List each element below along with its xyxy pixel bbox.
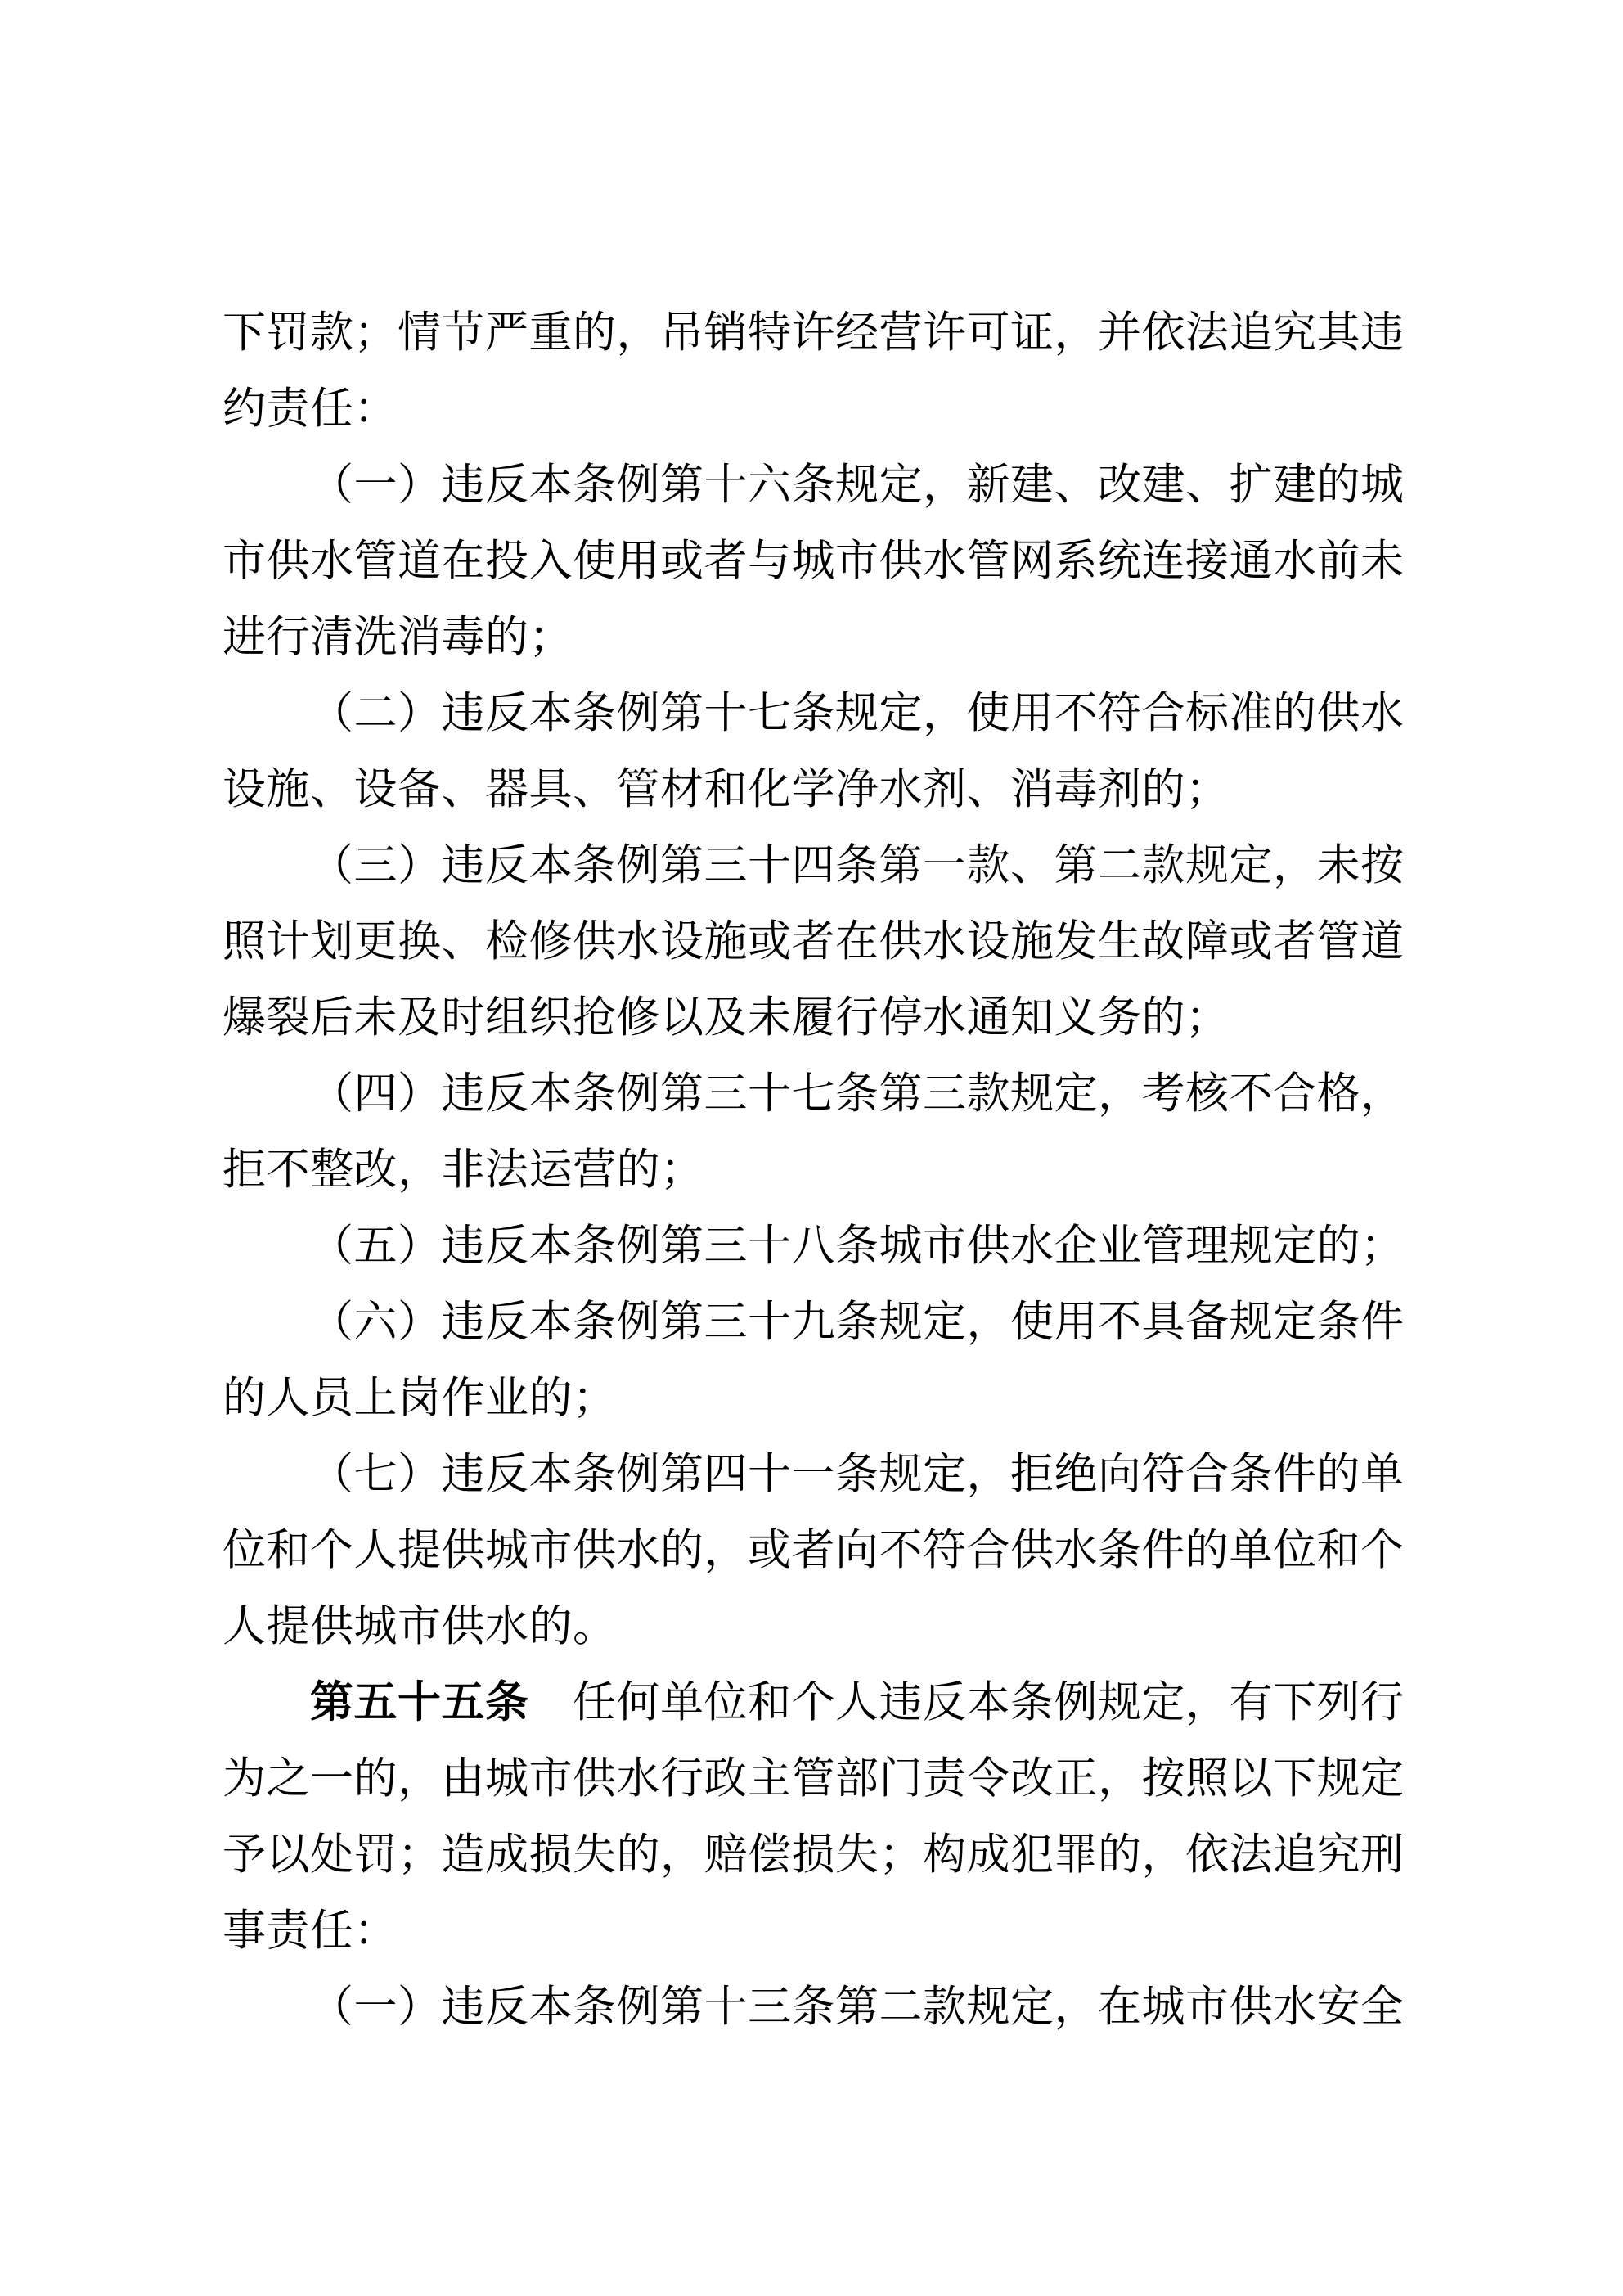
text-line: （一）违反本条例第十六条规定，新建、改建、扩建的城 xyxy=(223,448,1410,524)
text-line: （一）违反本条例第十三条第二款规定，在城市供水安全 xyxy=(223,1970,1410,2046)
text-line: 市供水管道在投入使用或者与城市供水管网系统连接通水前未 xyxy=(223,524,1410,600)
text-line: （七）违反本条例第四十一条规定，拒绝向符合条件的单 xyxy=(223,1437,1410,1513)
article-heading: 第五十五条 xyxy=(310,1679,529,1727)
text-line: 为之一的，由城市供水行政主管部门责令改正，按照以下规定 xyxy=(223,1741,1410,1817)
text-line: 设施、设备、器具、管材和化学净水剂、消毒剂的； xyxy=(223,752,1410,828)
text-line: 予以处罚；造成损失的，赔偿损失；构成犯罪的，依法追究刑 xyxy=(223,1817,1410,1893)
text-line: 进行清洗消毒的； xyxy=(223,600,1410,676)
text-line: 照计划更换、检修供水设施或者在供水设施发生故障或者管道 xyxy=(223,904,1410,980)
text-line: （四）违反本条例第三十七条第三款规定，考核不合格， xyxy=(223,1056,1410,1132)
text-line: （五）违反本条例第三十八条城市供水企业管理规定的； xyxy=(223,1209,1410,1285)
text-line: 拒不整改，非法运营的； xyxy=(223,1132,1410,1209)
text-line: 第五十五条 任何单位和个人违反本条例规定，有下列行 xyxy=(223,1665,1410,1741)
document-page: 下罚款；情节严重的，吊销特许经营许可证，并依法追究其违约责任：（一）违反本条例第… xyxy=(0,0,1623,2296)
text-line: 事责任： xyxy=(223,1893,1410,1970)
text-line: 位和个人提供城市供水的，或者向不符合供水条件的单位和个 xyxy=(223,1513,1410,1589)
text-line: 爆裂后未及时组织抢修以及未履行停水通知义务的； xyxy=(223,980,1410,1056)
text-line: （六）违反本条例第三十九条规定，使用不具备规定条件 xyxy=(223,1285,1410,1361)
text-line: 的人员上岗作业的； xyxy=(223,1361,1410,1437)
text-line: 约责任： xyxy=(223,371,1410,448)
text-line: （三）违反本条例第三十四条第一款、第二款规定，未按 xyxy=(223,828,1410,904)
text-line-body: 任何单位和个人违反本条例规定，有下列行 xyxy=(529,1679,1405,1727)
text-line: （二）违反本条例第十七条规定，使用不符合标准的供水 xyxy=(223,676,1410,752)
document-text-block: 下罚款；情节严重的，吊销特许经营许可证，并依法追究其违约责任：（一）违反本条例第… xyxy=(223,295,1410,2046)
text-line: 人提供城市供水的。 xyxy=(223,1589,1410,1665)
text-line: 下罚款；情节严重的，吊销特许经营许可证，并依法追究其违 xyxy=(223,295,1410,371)
